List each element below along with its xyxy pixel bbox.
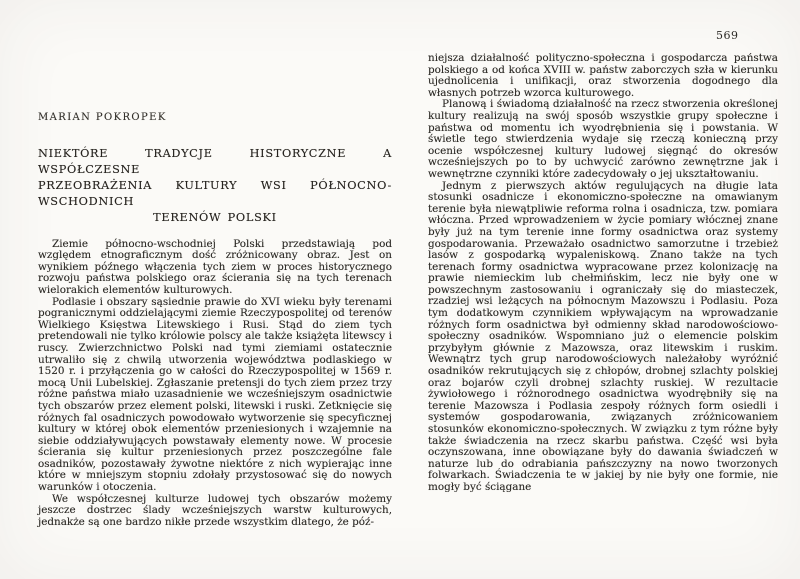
paragraph: Podlasie i obszary sąsiednie prawie do X… xyxy=(38,297,392,494)
scanned-page: 569 MARIAN POKROPEK NIEKTÓRE TRADYCJE HI… xyxy=(0,0,800,579)
paragraph: Jednym z pierwszych aktów regulujących n… xyxy=(428,181,778,494)
article-title: NIEKTÓRE TRADYCJE HISTORYCZNE A WSPÓŁCZE… xyxy=(38,146,392,226)
page-number: 569 xyxy=(716,29,739,42)
title-line: TERENÓW POLSKI xyxy=(38,210,392,226)
paragraph: We współczesnej kulturze ludowej tych ob… xyxy=(38,494,392,529)
paragraph: Planową i świadomą działalność na rzecz … xyxy=(428,99,778,180)
title-line: NIEKTÓRE TRADYCJE HISTORYCZNE A WSPÓŁCZE… xyxy=(38,146,392,178)
author-name: MARIAN POKROPEK xyxy=(38,112,392,124)
right-column: niejsza działalność polityczno-społeczna… xyxy=(428,53,778,494)
paragraph: Ziemie północno-wschodniej Polski przeds… xyxy=(38,239,392,297)
left-column: MARIAN POKROPEK NIEKTÓRE TRADYCJE HISTOR… xyxy=(38,112,392,528)
title-line: PRZEOBRAŻENIA KULTURY WSI PÓŁNOCNO-WSCHO… xyxy=(38,178,392,210)
paragraph: niejsza działalność polityczno-społeczna… xyxy=(428,53,778,99)
